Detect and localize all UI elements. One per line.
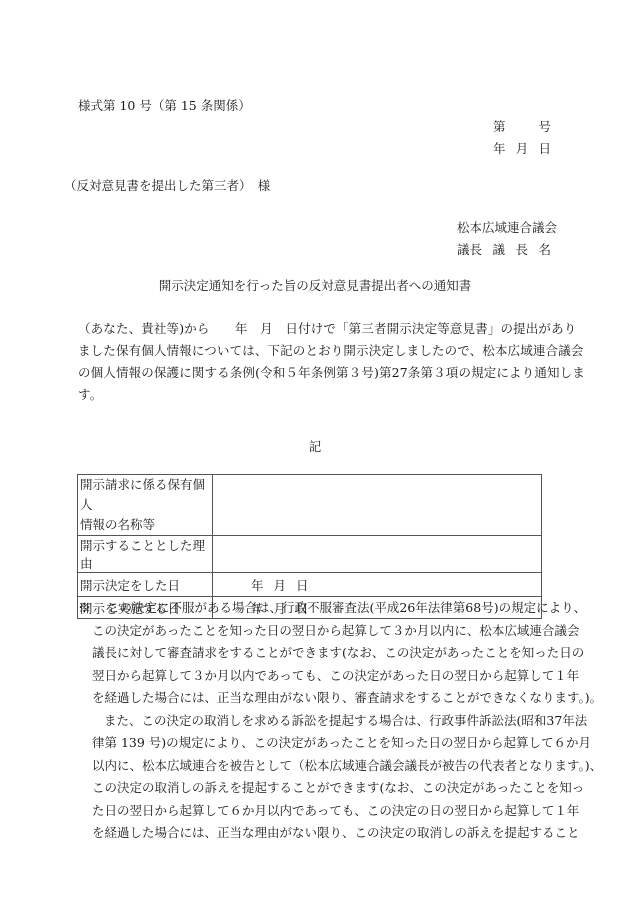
form-number: 様式第 10 号（第 15 条関係） xyxy=(78,96,251,114)
note-line: 以内に、松本広域連合を被告として（松本広域連合議会議長が被告の代表者となります。… xyxy=(78,755,558,778)
addressee: （反対意見書を提出した第三者） 様 xyxy=(64,176,270,194)
note-line: ※ この決定に不服がある場合は、行政不服審査法(平成26年法律第68号)の規定に… xyxy=(78,597,558,620)
body-line: ました保有個人情報については、下記のとおり開示決定しましたので、松本広域連合議会 xyxy=(78,340,554,362)
table-label: 開示することとした理由 xyxy=(78,536,213,573)
sender-title-4: 名 xyxy=(538,240,551,258)
table-date-value: 年月日 xyxy=(213,573,542,597)
note-line: また、この決定の取消しを求める訴訟を提起する場合は、行政事件訴訟法(昭和37年法 xyxy=(78,710,558,733)
note-line: た日の翌日から起算して６か月以内であっても、この決定の日の翌日から起算して１年 xyxy=(78,800,558,823)
day-label: 日 xyxy=(296,576,309,594)
document-title: 開示決定通知を行った旨の反対意見書提出者への通知書 xyxy=(0,276,630,294)
table-row: 開示決定をした日 年月日 xyxy=(78,573,542,597)
note-line: 翌日から起算して３か月以内であっても、この決定があった日の翌日から起算して１年 xyxy=(78,665,558,688)
date-day: 日 xyxy=(538,139,551,157)
notes-section: ※ この決定に不服がある場合は、行政不服審査法(平成26年法律第68号)の規定に… xyxy=(78,597,558,845)
document-date: 年 月 日 xyxy=(493,139,551,157)
doc-no-suffix: 号 xyxy=(538,117,551,135)
label-line: 情報の名称等 xyxy=(80,515,210,535)
table-value xyxy=(213,536,542,573)
table-row: 開示することとした理由 xyxy=(78,536,542,573)
note-mark: ※ xyxy=(78,600,91,615)
table-value xyxy=(213,475,542,536)
table-label: 開示決定をした日 xyxy=(78,573,213,597)
date-month: 月 xyxy=(516,139,529,157)
body-line: （あなた、貴社等)から 年 月 日付けで「第三者開示決定等意見書」の提出があり xyxy=(78,318,554,340)
document-number: 第 号 xyxy=(493,117,551,135)
table-label: 開示請求に係る保有個人 情報の名称等 xyxy=(78,475,213,536)
doc-no-prefix: 第 xyxy=(493,117,506,135)
date-year: 年 xyxy=(493,139,506,157)
year-label: 年 xyxy=(251,576,264,594)
body-line: の個人情報の保護に関する条例(令和５年条例第３号)第27条第３項の規定により通知… xyxy=(78,362,554,384)
note-line: 議長に対して審査請求をすることができます(なお、この決定があったことを知った日の xyxy=(78,642,558,665)
body-paragraph: （あなた、貴社等)から 年 月 日付けで「第三者開示決定等意見書」の提出があり … xyxy=(78,318,554,406)
note-line: を経過した場合には、正当な理由がない限り、審査請求をすることができなくなります。… xyxy=(78,687,558,710)
body-line: す。 xyxy=(78,384,554,406)
note-line: この決定があったことを知った日の翌日から起算して３か月以内に、松本広域連合議会 xyxy=(78,620,558,643)
sender-organization: 松本広域連合議会 xyxy=(457,218,557,236)
note-line: 律第 139 号)の規定により、この決定があったことを知った日の翌日から起算して… xyxy=(78,732,558,755)
label-line: 開示請求に係る保有個人 xyxy=(80,475,210,515)
note-text: この決定に不服がある場合は、行政不服審査法(平成26年法律第68号)の規定により… xyxy=(107,600,586,615)
month-label: 月 xyxy=(274,576,287,594)
sender-title-2: 議 xyxy=(492,240,505,258)
sender-title-1: 議長 xyxy=(457,240,482,258)
ki-heading: 記 xyxy=(0,437,630,455)
sender-title-3: 長 xyxy=(515,240,528,258)
note-line: この決定の取消しの訴えを提起することができます(なお、この決定があったことを知っ xyxy=(78,777,558,800)
table-row: 開示請求に係る保有個人 情報の名称等 xyxy=(78,475,542,536)
note-line: を経過した場合には、正当な理由がない限り、この決定の取消しの訴えを提起すること xyxy=(78,822,558,845)
sender-title: 議長 議 長 名 xyxy=(457,240,551,258)
